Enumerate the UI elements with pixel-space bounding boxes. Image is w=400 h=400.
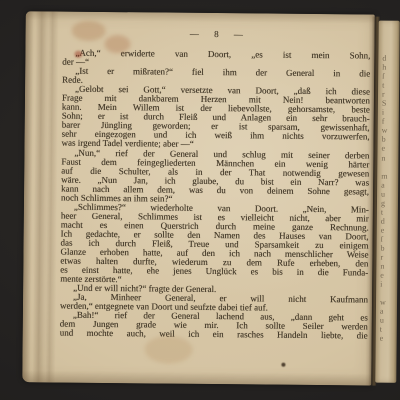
edge-text-fragment: n bbox=[381, 153, 387, 162]
edge-text-fragment: e bbox=[381, 144, 387, 153]
next-page-text-fragments: dhſtrSifwbenmaugtdeſbrneiwaute bbox=[380, 54, 389, 344]
edge-text-fragment: w bbox=[382, 126, 388, 135]
edge-text-fragment: ſ bbox=[382, 72, 388, 81]
edge-text-fragment: S bbox=[382, 99, 388, 108]
edge-text-fragment: b bbox=[381, 244, 387, 253]
photo-background: — 8 — „Ach,“ erwiderte van Doort, „es is… bbox=[0, 0, 400, 400]
edge-text-fragment: g bbox=[381, 198, 387, 207]
next-page-edge: dhſtrSifwbenmaugtdeſbrneiwaute bbox=[375, 21, 399, 383]
edge-text-fragment: u bbox=[380, 316, 386, 325]
page-header: — 8 — bbox=[63, 28, 371, 41]
edge-text-fragment: f bbox=[382, 117, 388, 126]
header-dash-right: — bbox=[234, 29, 244, 39]
edge-text-fragment: t bbox=[380, 325, 386, 334]
paper-speck bbox=[281, 363, 285, 367]
edge-text-fragment bbox=[380, 289, 386, 298]
edge-text-fragment: b bbox=[382, 135, 388, 144]
edge-text-fragment: i bbox=[380, 280, 386, 289]
edge-text-fragment: a bbox=[381, 180, 387, 189]
edge-text-fragment: w bbox=[380, 298, 386, 307]
page-number: 8 bbox=[214, 29, 219, 39]
book: — 8 — „Ach,“ erwiderte van Doort, „es is… bbox=[22, 11, 400, 390]
edge-text-fragment: a bbox=[380, 307, 386, 316]
edge-text-fragment: r bbox=[382, 90, 388, 99]
edge-text-fragment: d bbox=[382, 54, 388, 63]
edge-text-fragment: u bbox=[381, 189, 387, 198]
paper-stain bbox=[144, 335, 192, 363]
edge-text-fragment bbox=[381, 162, 387, 171]
edge-text-fragment: e bbox=[380, 334, 386, 343]
edge-text-fragment: h bbox=[382, 63, 388, 72]
edge-text-fragment: d bbox=[381, 216, 387, 225]
edge-text-fragment: i bbox=[382, 108, 388, 117]
edge-text-fragment: t bbox=[382, 81, 388, 90]
book-page: — 8 — „Ach,“ erwiderte van Doort, „es is… bbox=[22, 11, 375, 385]
edge-text-fragment: r bbox=[380, 253, 386, 262]
edge-text-fragment: e bbox=[381, 226, 387, 235]
edge-text-fragment: m bbox=[381, 171, 387, 180]
edge-text-fragment: ſ bbox=[381, 235, 387, 244]
header-dash-left: — bbox=[190, 29, 200, 39]
text-line: und mochte auch, weil ich ein rasches Ha… bbox=[60, 329, 368, 341]
edge-text-fragment: n bbox=[380, 262, 386, 271]
edge-text-fragment: t bbox=[381, 207, 387, 216]
page-text: „Ach,“ erwiderte van Doort, „es ist mein… bbox=[60, 49, 371, 341]
edge-text-fragment: e bbox=[380, 271, 386, 280]
